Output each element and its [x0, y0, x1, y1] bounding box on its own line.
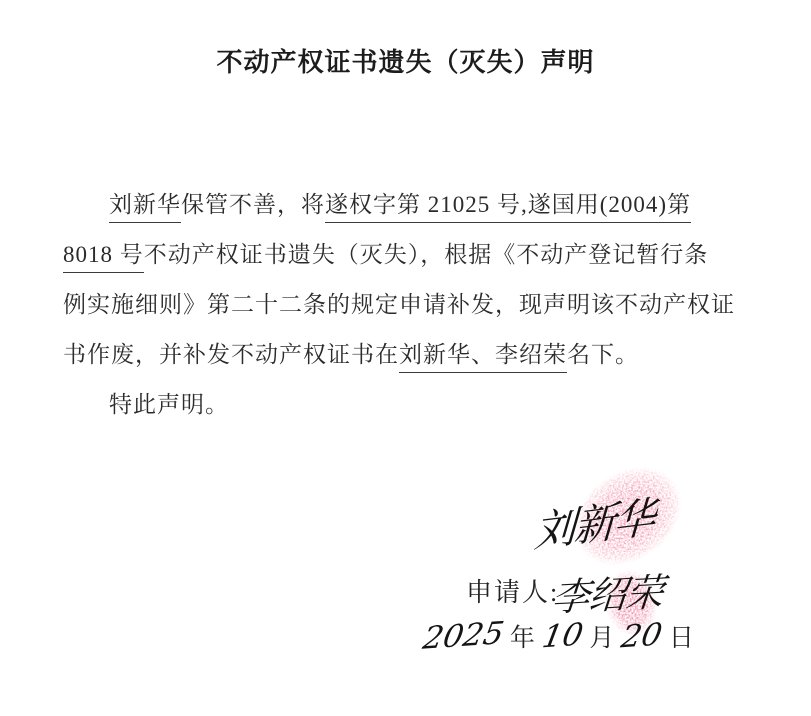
date-day-label: 日	[669, 618, 695, 654]
body-text-segment: 名下。	[567, 342, 639, 367]
signature-liu-xinhua: 刘新华	[533, 484, 655, 559]
date-year-handwritten: 2025	[420, 615, 507, 656]
body-text-segment: 特此声明。	[109, 392, 229, 417]
date-day-handwritten: 20	[619, 617, 665, 656]
signature-li-shaorong: 李绍荣	[550, 561, 666, 622]
date-month-handwritten: 10	[539, 617, 585, 656]
declaration-body: 刘新华保管不善，将遂权字第 21025 号,遂国用(2004)第 8018 号不…	[63, 180, 753, 430]
body-text-segment: 不动产权证书遗失（灭失），根据《不动产登记暂行条	[144, 242, 709, 267]
body-line-1: 刘新华保管不善，将遂权字第 21025 号,遂国用(2004)第	[63, 180, 753, 230]
body-line-2: 8018 号不动产权证书遗失（灭失），根据《不动产登记暂行条	[63, 230, 753, 280]
body-line-3: 例实施细则》第二十二条的规定申请补发，现声明该不动产权证	[63, 280, 753, 330]
date-year-label: 年	[510, 618, 536, 654]
filled-holder-name: 刘新华	[109, 192, 181, 223]
closing-statement: 特此声明。	[63, 380, 753, 430]
body-text-segment: 书作废，并补发不动产权证书在	[63, 342, 399, 367]
filled-cert-number-1: 遂权字第 21025 号,遂国用(2004)第	[325, 192, 691, 223]
body-text-segment: 保管不善，将	[181, 192, 325, 217]
filled-beneficiary-names: 刘新华、李绍荣	[399, 342, 567, 373]
body-line-4: 书作废，并补发不动产权证书在刘新华、李绍荣名下。	[63, 330, 753, 380]
filled-cert-number-2: 8018 号	[63, 242, 144, 273]
document-title: 不动产权证书遗失（灭失）声明	[0, 0, 811, 79]
date-month-label: 月	[589, 618, 615, 654]
applicant-label: 申请人:	[466, 572, 559, 609]
date-line: 2025 年 10 月 20 日	[424, 618, 695, 654]
body-text-segment: 例实施细则》第二十二条的规定申请补发，现声明该不动产权证	[63, 292, 735, 317]
scanned-declaration-page: 不动产权证书遗失（灭失）声明 刘新华保管不善，将遂权字第 21025 号,遂国用…	[0, 0, 811, 716]
